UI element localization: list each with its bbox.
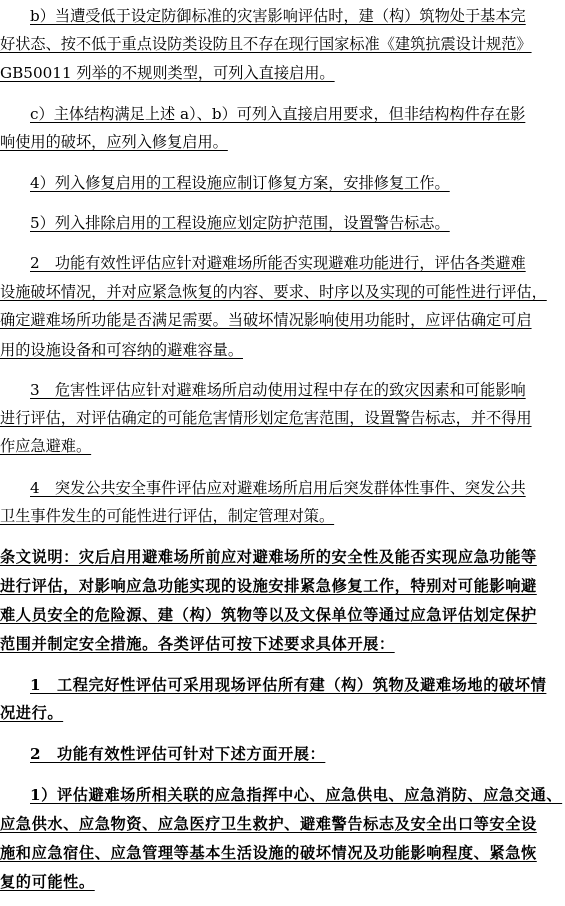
- line-text: 应急供水、应急物资、应急医疗卫生救护、避难警告标志及安全出口等安全设: [0, 815, 537, 833]
- body-text-line: c）主体结构满足上述 a）、b）可列入直接启用要求，但非结构构件存在影: [0, 104, 565, 124]
- line-text: 条文说明：灾后启用避难场所前应对避难场所的安全性及能否实现应急功能等: [0, 548, 537, 566]
- body-text-line: 设施破坏情况，并对应紧急恢复的内容、要求、时序以及实现的可能性进行评估，: [0, 282, 565, 302]
- line-text: 3 危害性评估应针对避难场所启动使用过程中存在的致灾因素和可能影响: [30, 381, 526, 399]
- line-text: 4 突发公共安全事件评估应对避难场所启用后突发群体性事件、突发公共: [30, 479, 526, 497]
- clause-explanation-line: 2 功能有效性评估可针对下述方面开展：: [0, 744, 565, 764]
- clause-explanation-line: 范围并制定安全措施。各类评估可按下述要求具体开展：: [0, 634, 565, 654]
- clause-explanation-line: 况进行。: [0, 703, 565, 723]
- line-text: 2 功能有效性评估可针对下述方面开展：: [30, 745, 325, 763]
- line-text: 卫生事件发生的可能性进行评估，制定管理对策。: [0, 507, 334, 525]
- line-text: 1）评估避难场所相关联的应急指挥中心、应急供电、应急消防、应急交通、: [30, 786, 562, 804]
- line-text: 好状态、按不低于重点设防类设防且不存在现行国家标准《建筑抗震设计规范》: [0, 35, 532, 53]
- body-text-line: 进行评估，对评估确定的可能危害情形划定危害范围，设置警告标志，并不得用: [0, 408, 565, 428]
- line-text: 设施破坏情况，并对应紧急恢复的内容、要求、时序以及实现的可能性进行评估，: [0, 283, 547, 301]
- body-text-line: 5）列入排除启用的工程设施应划定防护范围，设置警告标志。: [0, 213, 565, 233]
- clause-explanation-line: 难人员安全的危险源、建（构）筑物等以及文保单位等通过应急评估划定保护: [0, 605, 565, 625]
- clause-explanation-line: 条文说明：灾后启用避难场所前应对避难场所的安全性及能否实现应急功能等: [0, 547, 565, 567]
- line-text: c）主体结构满足上述 a）、b）可列入直接启用要求，但非结构构件存在影: [30, 105, 525, 123]
- clause-explanation-line: 1 工程完好性评估可采用现场评估所有建（构）筑物及避难场地的破坏情: [0, 675, 565, 695]
- body-text-line: 卫生事件发生的可能性进行评估，制定管理对策。: [0, 506, 565, 526]
- clause-explanation-line: 施和应急宿住、应急管理等基本生活设施的破坏情况及功能影响程度、紧急恢: [0, 843, 565, 863]
- line-text: 2 功能有效性评估应针对避难场所能否实现避难功能进行，评估各类避难: [30, 254, 526, 272]
- body-text-line: GB50011 列举的不规则类型，可列入直接启用。: [0, 63, 565, 83]
- body-text-line: 3 危害性评估应针对避难场所启动使用过程中存在的致灾因素和可能影响: [0, 380, 565, 400]
- line-text: 况进行。: [0, 704, 63, 722]
- line-text: 进行评估，对评估确定的可能危害情形划定危害范围，设置警告标志，并不得用: [0, 409, 532, 427]
- body-text-line: 2 功能有效性评估应针对避难场所能否实现避难功能进行，评估各类避难: [0, 253, 565, 273]
- body-text-line: 确定避难场所功能是否满足需要。当破坏情况影响使用功能时，应评估确定可启: [0, 310, 565, 330]
- line-text: 施和应急宿住、应急管理等基本生活设施的破坏情况及功能影响程度、紧急恢: [0, 844, 537, 862]
- line-text: 用的设施设备和可容纳的避难容量。: [0, 341, 243, 359]
- line-text: 5）列入排除启用的工程设施应划定防护范围，设置警告标志。: [30, 214, 450, 232]
- body-text-line: 响使用的破坏，应列入修复启用。: [0, 132, 565, 152]
- body-text-line: 4 突发公共安全事件评估应对避难场所启用后突发群体性事件、突发公共: [0, 478, 565, 498]
- line-text: 4）列入修复启用的工程设施应制订修复方案，安排修复工作。: [30, 174, 450, 192]
- line-text: 响使用的破坏，应列入修复启用。: [0, 133, 228, 151]
- body-text-line: 好状态、按不低于重点设防类设防且不存在现行国家标准《建筑抗震设计规范》: [0, 34, 565, 54]
- line-text: 复的可能性。: [0, 873, 95, 891]
- line-text: 确定避难场所功能是否满足需要。当破坏情况影响使用功能时，应评估确定可启: [0, 311, 532, 329]
- clause-explanation-line: 复的可能性。: [0, 872, 565, 892]
- line-text: 1 工程完好性评估可采用现场评估所有建（构）筑物及避难场地的破坏情: [30, 676, 546, 694]
- line-text: 进行评估，对影响应急功能实现的设施安排紧急修复工作，特别对可能影响避: [0, 577, 537, 595]
- clause-explanation-line: 1）评估避难场所相关联的应急指挥中心、应急供电、应急消防、应急交通、: [0, 785, 565, 805]
- line-text: b）当遭受低于设定防御标准的灾害影响评估时，建（构）筑物处于基本完: [30, 7, 526, 25]
- body-text-line: b）当遭受低于设定防御标准的灾害影响评估时，建（构）筑物处于基本完: [0, 6, 565, 26]
- body-text-line: 4）列入修复启用的工程设施应制订修复方案，安排修复工作。: [0, 173, 565, 193]
- line-text: 范围并制定安全措施。各类评估可按下述要求具体开展：: [0, 635, 395, 653]
- clause-explanation-line: 进行评估，对影响应急功能实现的设施安排紧急修复工作，特别对可能影响避: [0, 576, 565, 596]
- line-text: GB50011 列举的不规则类型，可列入直接启用。: [0, 64, 335, 82]
- body-text-line: 用的设施设备和可容纳的避难容量。: [0, 340, 565, 360]
- body-text-line: 作应急避难。: [0, 436, 565, 456]
- line-text: 作应急避难。: [0, 437, 91, 455]
- line-text: 难人员安全的危险源、建（构）筑物等以及文保单位等通过应急评估划定保护: [0, 606, 537, 624]
- clause-explanation-line: 应急供水、应急物资、应急医疗卫生救护、避难警告标志及安全出口等安全设: [0, 814, 565, 834]
